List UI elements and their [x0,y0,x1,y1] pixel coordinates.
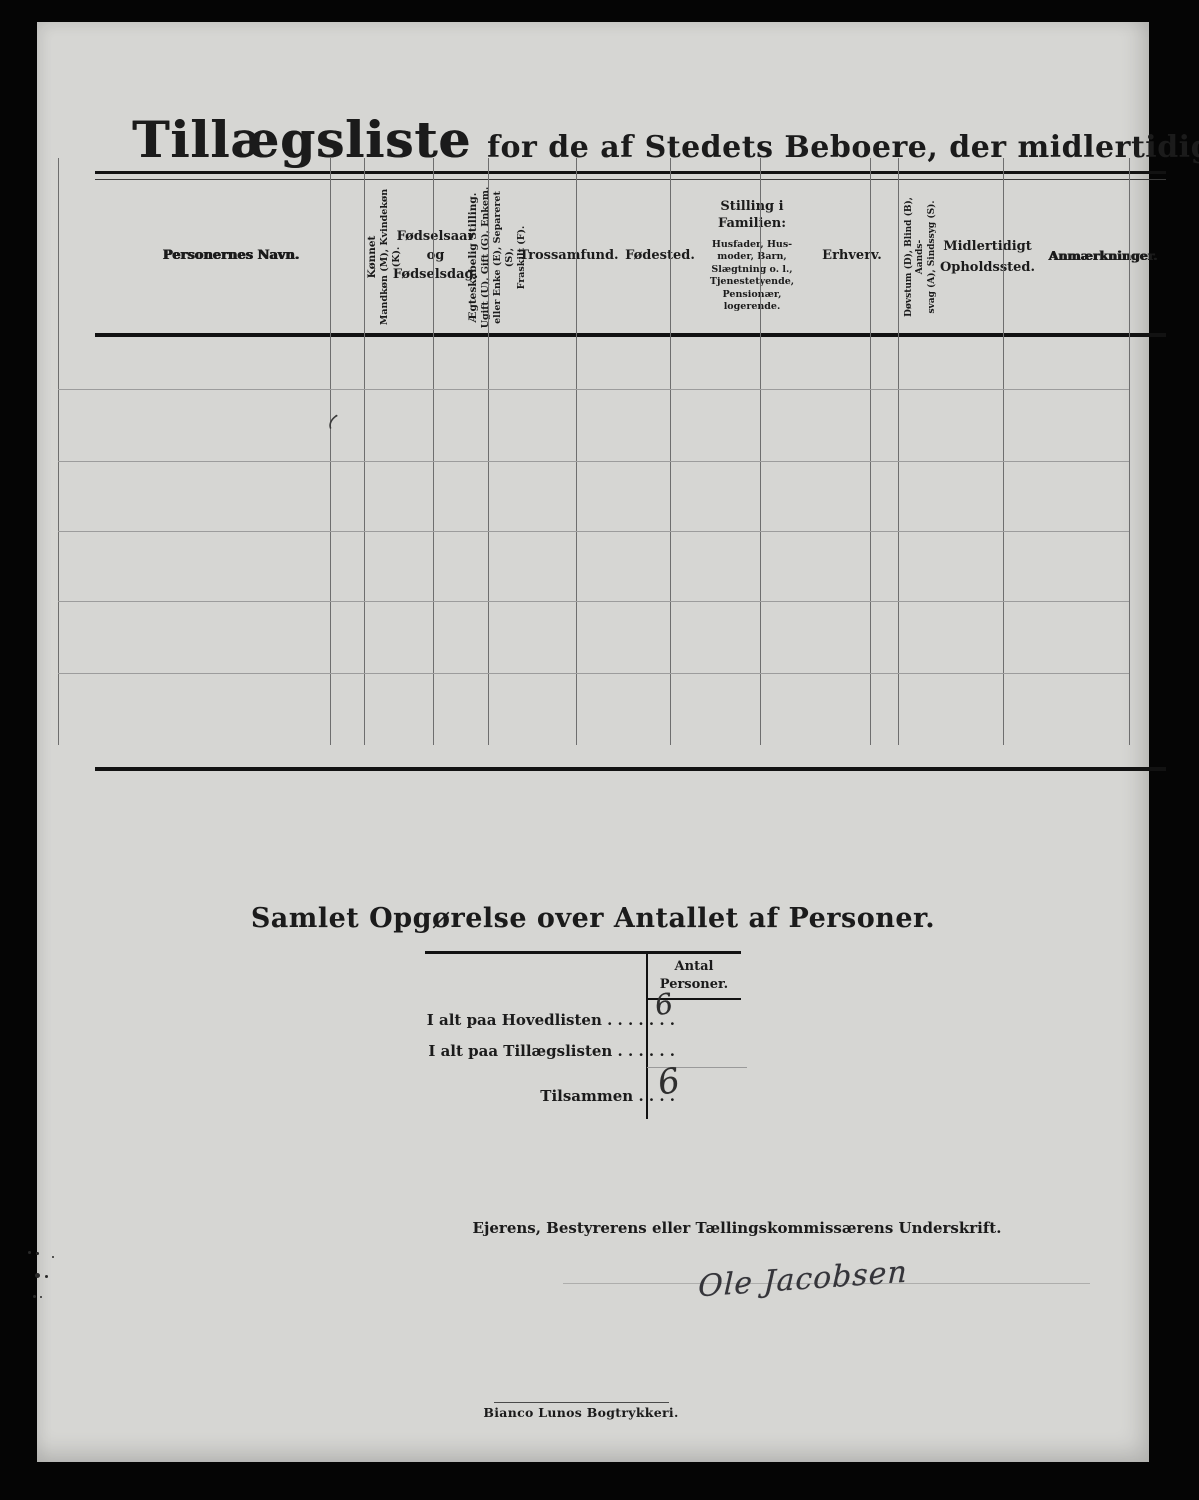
form-page: Tillægslistefor de af Stedets Beboere, d… [37,22,1149,1462]
column-header-family-sub5: Pensionær, [723,289,782,302]
ink-speck [35,1273,40,1278]
column-header-remarks-label: Anmærkninger. [1049,247,1158,265]
column-header-birthplace: Fødested. [613,180,707,333]
summary-row-tillaegslisten-leader: . . . . . . [612,1042,675,1060]
table-header-bottom-rule [95,333,1166,337]
column-header-birth: Fødselsaar og Fødselsdag. [401,180,470,333]
column-header-temp-residence-line2: Opholdssted. [940,259,1035,278]
column-header-marital-line4: Fraskilt (F). [516,226,528,290]
column-header-gender-line2: Mandkøn (M), Kvindekøn (K). [379,182,403,332]
column-line [330,158,331,745]
summary-row-tillaegslisten: I alt paa Tillægslisten . . . . . . [425,1042,675,1060]
column-header-marital-line2: Ugift (U), Gift (G), Enkem. [480,187,492,329]
column-header-disability-line1: Døvstum (D), Blind (B), Aands- [904,182,927,332]
column-header-temp-residence-line1: Midlertidigt [943,235,1032,260]
column-line [870,158,871,745]
row-line [58,389,1129,390]
ink-speck [45,1275,48,1278]
summary-heading: Samlet Opgørelse over Antallet af Person… [37,903,1149,934]
column-header-family-line2: Familien: [718,216,786,233]
column-line [1129,158,1130,745]
column-header-gender: Kønnet Mandkøn (M), Kvindekøn (K). [367,182,401,332]
scanned-census-form: { "document": { "title": { "main": "Till… [0,0,1199,1500]
ink-speck [33,1295,36,1298]
column-header-marital-line1: Ægteskabelig Stilling. [467,193,480,323]
column-header-occupation: Erhverv. [797,180,907,333]
ink-speck [36,1252,39,1255]
form-title: Tillægslistefor de af Stedets Beboere, d… [132,110,1199,169]
signature-caption: Ejerens, Bestyrerens eller Tællingskommi… [437,1219,1037,1237]
column-header-birth-line2: og [427,247,445,266]
column-header-faith-label: Trossamfund. [519,247,618,266]
ink-speck [28,1251,31,1254]
handwritten-signature: Ole Jacobsen [698,1255,909,1305]
summary-row-hovedlisten: I alt paa Hovedlisten . . . . . . . [425,1011,675,1029]
column-header-gender-line1: Kønnet [366,236,379,279]
footer-imprint: Bianco Lunos Bogtrykkeri. [456,1405,706,1420]
column-header-temp-residence: Midlertidigt Opholdssted. [935,180,1040,333]
column-header-family: Stilling i Familien: Husfader, Hus- mode… [707,180,797,333]
column-header-family-sub6: logerende. [724,301,781,314]
column-header-birth-line1: Fødselsaar [397,228,475,247]
ink-speck [52,1256,54,1258]
column-header-marital: Ægteskabelig Stilling. Ugift (U), Gift (… [470,182,525,333]
column-line [898,158,899,745]
column-header-birth-line3: Fødselsdag. [393,266,478,285]
summary-row-hovedlisten-label: I alt paa Hovedlisten [427,1011,602,1029]
column-header-disability-line2: svag (A), Sindssyg (S). [927,201,938,314]
column-header-marital-line3: eller Enke (E), Separeret (S), [492,182,516,333]
summary-row-tilsammen-label: Tilsammen [540,1087,633,1105]
column-line [488,158,489,745]
column-header-faith: Trossamfund. [525,180,613,333]
column-line [58,158,59,745]
column-header-remarks: Anmærkninger. [1040,180,1166,333]
column-line [576,158,577,745]
title-divider-rule [95,171,1166,174]
column-header-family-line1: Stilling i [720,199,783,216]
column-header-name: Personernes Navn. [95,180,367,333]
column-header-occupation-label: Erhverv. [822,247,882,266]
column-line [433,158,434,745]
row-line [58,673,1129,674]
column-header-family-sub3: Slægtning o. l., [711,264,792,277]
form-title-subtitle: for de af Stedets Beboere, der midlertid… [487,130,1199,165]
summary-row-tilsammen: Tilsammen . . . . [425,1087,675,1105]
ink-mark [326,414,338,430]
column-header-birthplace-label: Fødested. [625,247,695,266]
column-line [1003,158,1004,745]
column-header-family-sub4: Tjenestetyende, [710,276,794,289]
column-header-family-sub1: Husfader, Hus- [712,239,792,252]
column-header-disability: Døvstum (D), Blind (B), Aands- svag (A),… [907,182,935,332]
footer-rule [494,1402,669,1403]
row-line [58,601,1129,602]
column-header-family-sub2: moder, Barn, [717,251,786,264]
row-line [58,461,1129,462]
row-line [58,531,1129,532]
column-header-name-label: Personernes Navn. [163,247,300,266]
column-line [760,158,761,745]
form-title-main: Tillægsliste [132,110,471,169]
table-bottom-rule [95,767,1166,771]
column-line [364,158,365,745]
summary-top-rule [425,951,741,954]
summary-value-header-line1: Antal [647,958,741,976]
ink-speck [40,1296,42,1298]
summary-row-tillaegslisten-label: I alt paa Tillægslisten [428,1042,612,1060]
column-line [670,158,671,745]
